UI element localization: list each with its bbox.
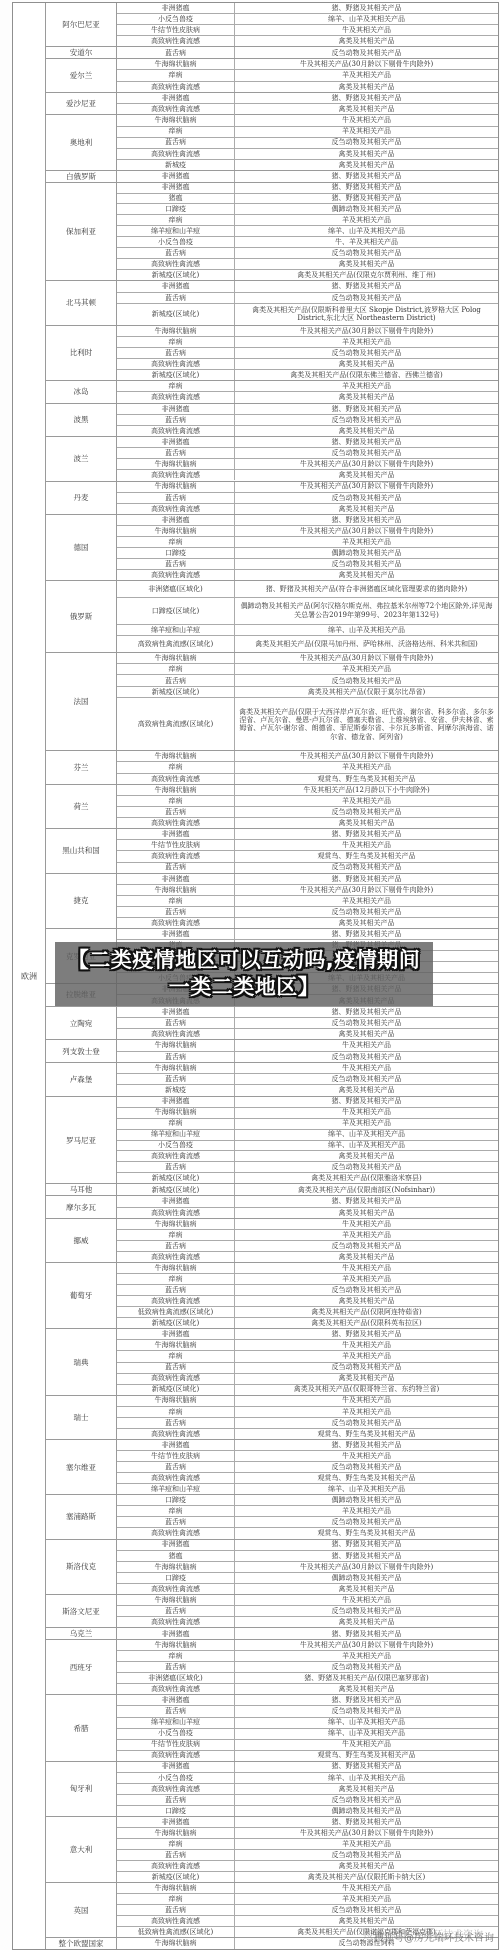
products-cell: 羊及其相关产品 xyxy=(235,1506,498,1516)
products-cell: 反刍动物及其相关产品 xyxy=(235,348,498,358)
country-cell: 德国 xyxy=(46,515,117,580)
disease-cell: 高致病性禽流感 xyxy=(117,1473,235,1483)
disease-cell: 痒病 xyxy=(117,1839,235,1849)
country-block: 白俄罗斯非洲猪瘟猪、野猪及其相关产品 xyxy=(46,171,498,183)
country-cell: 卢森堡 xyxy=(46,1063,117,1096)
table-row: 高致病性禽流感禽类及其相关产品 xyxy=(117,1029,498,1039)
country-cell: 匈牙利 xyxy=(46,1762,117,1816)
country-cell: 荷兰 xyxy=(46,785,117,828)
country-rows: 非洲猪瘟猪、野猪及其相关产品蓝舌病反刍动物及其相关产品绵羊痘和山羊痘绵羊、山羊及… xyxy=(117,1695,498,1760)
country-block: 比利时牛海绵状脑病牛及其相关产品(30月龄以下剔骨牛肉除外)痒病羊及其相关产品蓝… xyxy=(46,326,498,381)
country-cell: 爱沙尼亚 xyxy=(46,93,117,115)
country-rows: 非洲猪瘟猪、野猪及其相关产品高致病性禽流感禽类及其相关产品 xyxy=(117,1196,498,1218)
products-cell: 猪、野猪及其相关产品(仅限巴塞罗那省) xyxy=(235,1673,498,1683)
disease-cell: 牛海绵状脑病 xyxy=(117,115,235,125)
country-rows: 非洲猪瘟猪、野猪及其相关产品牛海绵状脑病牛及其相关产品(30月龄以下剔骨牛肉除外… xyxy=(117,515,498,580)
table-row: 蓝舌病反刍动物及其相关产品 xyxy=(117,293,498,304)
products-cell: 禽类及其相关产品 xyxy=(235,1861,498,1871)
country-block: 瑞士牛海绵状脑病牛及其相关产品痒病羊及其相关产品蓝舌病反刍动物及其相关产品高致病… xyxy=(46,1396,498,1440)
table-row: 痒病羊及其相关产品 xyxy=(117,70,498,81)
country-cell: 马耳他 xyxy=(46,1184,117,1195)
products-cell: 羊及其相关产品 xyxy=(235,337,498,347)
country-cell: 比利时 xyxy=(46,326,117,380)
disease-cell: 新城疫(区域化) xyxy=(117,687,235,697)
disease-cell: 痒病 xyxy=(117,896,235,906)
disease-cell: 牛海绵状脑病 xyxy=(117,1108,235,1118)
disease-cell: 蓝舌病 xyxy=(117,1363,235,1373)
table-row: 新城疫(区域化)禽类及其相关产品(仅限雅洛米察县) xyxy=(117,1173,498,1183)
disease-cell: 痒病 xyxy=(117,337,235,347)
country-block: 阿尔巴尼亚非洲猪瘟猪、野猪及其相关产品小反刍兽疫绵羊、山羊及其相关产品牛结节性皮… xyxy=(46,3,498,47)
products-cell: 牛及其相关产品(30月龄以下剔骨牛肉除外) xyxy=(235,482,498,492)
table-row: 蓝舌病反刍动物及其相关产品 xyxy=(117,1363,498,1374)
disease-cell: 蓝舌病 xyxy=(117,1241,235,1251)
products-cell: 禽类及其相关产品 xyxy=(235,104,498,114)
country-block: 保加利亚非洲猪瘟猪、野猪及其相关产品猪瘟猪、野猪及其相关产品口蹄疫偶蹄动物及其相… xyxy=(46,183,498,282)
products-cell: 反刍动物及其相关产品 xyxy=(235,807,498,817)
disease-cell: 高致病性禽流感 xyxy=(117,570,235,580)
products-cell: 绵羊、山羊及其相关产品 xyxy=(235,1773,498,1783)
disease-cell: 痒病 xyxy=(117,1407,235,1417)
table-row: 绵羊痘和山羊痘绵羊、山羊及其相关产品 xyxy=(117,1484,498,1494)
disease-cell: 牛海绵状脑病 xyxy=(117,751,235,761)
disease-cell: 猪瘟 xyxy=(117,194,235,204)
country-cell: 北马其顿 xyxy=(46,281,117,324)
table-row: 非洲猪瘟猪、野猪及其相关产品 xyxy=(117,1762,498,1773)
table-row: 牛海绵状脑病牛及其相关产品 xyxy=(117,1040,498,1051)
table-row: 小反刍兽疫绵羊、山羊及其相关产品 xyxy=(117,1141,498,1152)
table-row: 小反刍兽疫绵羊、山羊及其相关产品 xyxy=(117,1773,498,1784)
country-block: 卢森堡牛海绵状脑病牛及其相关产品蓝舌病反刍动物及其相关产品新城疫禽类及其相关产品 xyxy=(46,1063,498,1097)
disease-cell: 非洲猪瘟 xyxy=(117,1817,235,1827)
disease-cell: 牛海绵状脑病 xyxy=(117,1883,235,1893)
disease-cell: 新城疫 xyxy=(117,160,235,170)
table-row: 绵羊痘和山羊痘绵羊、山羊及其相关产品 xyxy=(117,1130,498,1141)
disease-cell: 牛海绵状脑病 xyxy=(117,1562,235,1572)
products-cell: 绵羊、山羊及其相关产品 xyxy=(235,1130,498,1140)
disease-cell: 高致病性禽流感 xyxy=(117,1208,235,1218)
disease-cell: 牛海绵状脑病 xyxy=(117,1938,235,1949)
table-row: 牛海绵状脑病牛及其相关产品 xyxy=(117,1263,498,1274)
products-cell: 猪、野猪及其相关产品 xyxy=(235,1817,498,1827)
products-cell: 禽类及其相关产品 xyxy=(235,160,498,170)
country-cell: 意大利 xyxy=(46,1817,117,1882)
disease-cell: 痒病 xyxy=(117,796,235,806)
disease-cell: 蓝舌病 xyxy=(117,1850,235,1860)
country-rows: 非洲猪瘟猪、野猪及其相关产品猪瘟猪、野猪及其相关产品牛海绵状脑病牛及其相关产品(… xyxy=(117,1540,498,1594)
table-row: 高致病性禽流感观赏鸟、野生鸟类及其相关产品 xyxy=(117,1473,498,1484)
table-row: 高致病性禽流感禽类及其相关产品 xyxy=(117,359,498,370)
table-row: 蓝舌病反刍动物及其相关产品 xyxy=(117,493,498,504)
country-block: 北马其顿非洲猪瘟猪、野猪及其相关产品蓝舌病反刍动物及其相关产品新城疫(区域化)禽… xyxy=(46,281,498,325)
disease-cell: 新城疫(区域化) xyxy=(117,270,235,280)
country-cell: 安道尔 xyxy=(46,47,117,58)
country-rows: 非洲猪瘟猪、野猪及其相关产品蓝舌病反刍动物及其相关产品高致病性禽流感禽类及其相关… xyxy=(117,404,498,437)
table-row: 蓝舌病反刍动物及其相关产品 xyxy=(117,1285,498,1296)
country-rows: 非洲猪瘟(区域化)猪、野猪及其相关产品(符合非洲猪瘟区域化管理要求的猪肉除外)口… xyxy=(117,581,498,652)
disease-cell: 高致病性禽流感 xyxy=(117,259,235,269)
table-row: 高致病性禽流感禽类及其相关产品 xyxy=(117,1252,498,1262)
disease-cell: 新城疫(区域化) xyxy=(117,1173,235,1183)
country-cell: 西班牙 xyxy=(46,1640,117,1694)
table-row: 牛海绵状脑病牛及其相关产品(30月龄以下剔骨牛肉除外) xyxy=(117,885,498,896)
table-row: 小反刍兽疫绵羊、山羊及其相关产品 xyxy=(117,14,498,25)
country-cell: 英国 xyxy=(46,1883,117,1937)
products-cell: 禽类及其相关产品 xyxy=(235,1684,498,1694)
table-row: 新城疫(区域化)禽类及其相关产品(仅限于莫尔比昂省) xyxy=(117,687,498,698)
products-cell: 观赏鸟、野生鸟类及其相关产品 xyxy=(235,1528,498,1538)
disease-cell: 高致病性禽流感(区域化) xyxy=(117,636,235,652)
products-cell: 禽类及其相关产品 xyxy=(235,359,498,369)
disease-cell: 高致病性禽流感 xyxy=(117,470,235,480)
products-cell: 羊及其相关产品 xyxy=(235,381,498,391)
products-cell: 反刍动物及其相关产品 xyxy=(235,559,498,569)
table-row: 牛海绵状脑病牛及其相关产品(30月龄以下剔骨牛肉除外) xyxy=(117,1562,498,1573)
table-row: 猪瘟猪、野猪及其相关产品 xyxy=(117,194,498,205)
disease-cell: 痒病 xyxy=(117,1119,235,1129)
products-cell: 牛及其相关产品 xyxy=(235,1040,498,1050)
disease-cell: 蓝舌病 xyxy=(117,1018,235,1028)
disease-cell: 蓝舌病 xyxy=(117,1606,235,1616)
products-cell: 反刍动物及其相关产品 xyxy=(235,47,498,58)
country-rows: 非洲猪瘟猪、野猪及其相关产品蓝舌病反刍动物及其相关产品新城疫(区域化)禽类及其相… xyxy=(117,281,498,324)
table-row: 痒病羊及其相关产品 xyxy=(117,664,498,675)
disease-cell: 蓝舌病 xyxy=(117,559,235,569)
table-row: 蓝舌病反刍动物及其相关产品 xyxy=(117,448,498,459)
table-row: 牛海绵状脑病牛及其相关产品(12月龄以下小牛肉除外) xyxy=(117,785,498,796)
disease-cell: 口蹄疫 xyxy=(117,204,235,214)
country-rows: 牛海绵状脑病牛及其相关产品(30月龄以下剔骨牛肉除外)痒病羊及其相关产品蓝舌病反… xyxy=(117,1640,498,1694)
products-cell: 绵羊、山羊及其相关产品 xyxy=(235,14,498,24)
table-row: 口蹄疫(区域化)偶蹄动物及其相关产品(阿尔汉格尔斯克州、弗拉基米尔州等72个地区… xyxy=(117,598,498,625)
disease-cell: 牛海绵状脑病 xyxy=(117,1040,235,1050)
country-rows: 非洲猪瘟猪、野猪及其相关产品牛结节性皮肤病牛及其相关产品高致病性禽流感观赏鸟、野… xyxy=(117,829,498,872)
disease-cell: 高致病性禽流感 xyxy=(117,82,235,92)
products-cell: 羊及其相关产品 xyxy=(235,1230,498,1240)
table-row: 高致病性禽流感观赏鸟、野生鸟类及其相关产品 xyxy=(117,1429,498,1439)
disease-cell: 痒病 xyxy=(117,762,235,772)
table-row: 新城疫(区域化)禽类及其相关产品(仅限斯科普里大区 Skopje Distric… xyxy=(117,304,498,325)
products-cell: 猪、野猪及其相关产品 xyxy=(235,183,498,193)
disease-cell: 高致病性禽流感 xyxy=(117,1584,235,1594)
products-cell: 绵羊、山羊及其相关产品 xyxy=(235,1141,498,1151)
table-row: 高致病性禽流感禽类及其相关产品 xyxy=(117,1861,498,1872)
table-row: 绵羊痘和山羊痘绵羊、山羊及其相关产品 xyxy=(117,1718,498,1729)
products-cell: 反刍动物及其相关产品 xyxy=(235,1018,498,1028)
products-cell: 禽类及其相关产品 xyxy=(235,1151,498,1161)
country-cell: 摩尔多瓦 xyxy=(46,1196,117,1218)
table-row: 非洲猪瘟猪、野猪及其相关产品 xyxy=(117,929,498,940)
table-row: 蓝舌病反刍动物及其相关产品 xyxy=(117,559,498,570)
products-cell: 偶蹄动物及其相关产品 xyxy=(235,1495,498,1505)
products-cell: 牛及其相关产品(30月龄以下剔骨牛肉除外) xyxy=(235,1562,498,1572)
disease-cell: 非洲猪瘟 xyxy=(117,1540,235,1550)
products-cell: 反刍动物及其相关产品 xyxy=(235,1285,498,1295)
table-row: 绵羊痘和山羊痘绵羊、山羊及其相关产品 xyxy=(117,226,498,237)
products-cell: 牛及其相关产品(30月龄以下剔骨牛肉除外) xyxy=(235,751,498,761)
products-cell: 猪、野猪及其相关产品 xyxy=(235,93,498,103)
products-cell: 绵羊、山羊及其相关产品 xyxy=(235,226,498,236)
disease-cell: 蓝舌病 xyxy=(117,493,235,503)
products-cell: 猪、野猪及其相关产品 xyxy=(235,1551,498,1561)
table-row: 高致病性禽流感禽类及其相关产品 xyxy=(117,1151,498,1162)
products-cell: 猪、野猪及其相关产品 xyxy=(235,1196,498,1206)
products-cell: 观赏鸟、野生鸟类及其相关产品 xyxy=(235,1751,498,1761)
products-cell: 羊及其相关产品 xyxy=(235,215,498,225)
country-block: 斯洛伐克非洲猪瘟猪、野猪及其相关产品猪瘟猪、野猪及其相关产品牛海绵状脑病牛及其相… xyxy=(46,1540,498,1595)
table-row: 蓝舌病反刍动物及其相关产品 xyxy=(117,1418,498,1429)
table-row: 蓝舌病反刍动物及其相关产品 xyxy=(117,415,498,426)
country-rows: 非洲猪瘟猪、野猪及其相关产品猪瘟猪、野猪及其相关产品口蹄疫偶蹄动物及其相关产品痒… xyxy=(117,183,498,281)
table-row: 非洲猪瘟猪、野猪及其相关产品 xyxy=(117,874,498,885)
continent-cell: 欧洲 xyxy=(13,3,46,1949)
country-rows: 牛海绵状脑病牛及其相关产品蓝舌病反刍动物及其相关产品 xyxy=(117,1040,498,1062)
table-row: 高致病性禽流感禽类及其相关产品 xyxy=(117,392,498,402)
disease-cell: 高致病性禽流感(区域化) xyxy=(117,698,235,750)
country-block: 芬兰牛海绵状脑病牛及其相关产品(30月龄以下剔骨牛肉除外)痒病羊及其相关产品高致… xyxy=(46,751,498,785)
table-row: 痒病羊及其相关产品 xyxy=(117,1407,498,1418)
disease-cell: 高致病性禽流感 xyxy=(117,1916,235,1926)
products-cell: 禽类及其相关产品(仅限科英布拉区) xyxy=(235,1318,498,1328)
disease-cell: 蓝舌病 xyxy=(117,863,235,873)
disease-cell: 痒病 xyxy=(117,664,235,674)
disease-cell: 蓝舌病 xyxy=(117,1905,235,1915)
table-row: 非洲猪瘟猪、野猪及其相关产品 xyxy=(117,1540,498,1551)
country-cell: 奥地利 xyxy=(46,115,117,169)
table-row: 高致病性禽流感观赏鸟、野生鸟类及其相关产品 xyxy=(117,851,498,862)
products-cell: 牛及其相关产品(30月龄以下剔骨牛肉除外) xyxy=(235,653,498,663)
country-cell: 瑞士 xyxy=(46,1396,117,1439)
products-cell: 牛及其相关产品 xyxy=(235,1451,498,1461)
products-cell: 禽类及其相关产品(仅限雅洛米察县) xyxy=(235,1173,498,1183)
products-cell: 牛及其相关产品(30月龄以下剔骨牛肉除外) xyxy=(235,526,498,536)
table-row: 痒病羊及其相关产品 xyxy=(117,796,498,807)
disease-cell: 非洲猪瘟 xyxy=(117,183,235,193)
country-cell: 捷克 xyxy=(46,874,117,928)
disease-cell: 绵羊痘和山羊痘 xyxy=(117,1484,235,1494)
table-row: 非洲猪瘟猪、野猪及其相关产品 xyxy=(117,3,498,14)
country-rows: 非洲猪瘟猪、野猪及其相关产品小反刍兽疫绵羊、山羊及其相关产品牛结节性皮肤病牛及其… xyxy=(117,3,498,46)
table-row: 非洲猪瘟猪、野猪及其相关产品 xyxy=(117,1007,498,1018)
products-cell: 禽类及其相关产品(仅限南部区(Nofsinhar)) xyxy=(235,1184,498,1195)
products-cell: 反刍动物及其相关产品 xyxy=(235,448,498,458)
products-cell: 猪、野猪及其相关产品 xyxy=(235,1628,498,1639)
disease-cell: 非洲猪瘟 xyxy=(117,1196,235,1206)
products-cell: 禽类及其相关产品 xyxy=(235,392,498,402)
country-rows: 蓝舌病反刍动物及其相关产品 xyxy=(117,47,498,58)
table-row: 高致病性禽流感禽类及其相关产品 xyxy=(117,470,498,480)
disease-cell: 非洲猪瘟 xyxy=(117,515,235,525)
country-rows: 牛海绵状脑病牛及其相关产品痒病羊及其相关产品蓝舌病反刍动物及其相关产品高致病性禽… xyxy=(117,1263,498,1328)
table-row: 蓝舌病反刍动物及其相关产品 xyxy=(117,1052,498,1062)
table-row: 痒病羊及其相关产品 xyxy=(117,1274,498,1285)
products-cell: 反刍动物及其相关产品 xyxy=(235,1162,498,1172)
disease-cell: 牛海绵状脑病 xyxy=(117,459,235,469)
country-block: 爱沙尼亚非洲猪瘟猪、野猪及其相关产品高致病性禽流感禽类及其相关产品 xyxy=(46,93,498,116)
country-block: 葡萄牙牛海绵状脑病牛及其相关产品痒病羊及其相关产品蓝舌病反刍动物及其相关产品高致… xyxy=(46,1263,498,1329)
disease-cell: 新城疫(区域化) xyxy=(117,304,235,325)
products-cell: 牛及其相关产品(30月龄以下剔骨牛肉除外) xyxy=(235,885,498,895)
disease-cell: 小反刍兽疫 xyxy=(117,1141,235,1151)
table-row: 高致病性禽流感(区域化)禽类及其相关产品(仅限马加丹州、萨哈林州、沃洛格达州、科… xyxy=(117,636,498,652)
products-cell: 禽类及其相关产品(仅限哥特兰省、东约特兰省) xyxy=(235,1385,498,1395)
table-row: 非洲猪瘟猪、野猪及其相关产品 xyxy=(117,404,498,415)
disease-cell: 高致病性禽流感 xyxy=(117,918,235,928)
table-row: 牛结节性皮肤病牛及其相关产品 xyxy=(117,1740,498,1751)
products-cell: 反刍动物及其相关产品 xyxy=(235,1363,498,1373)
table-row: 蓝舌病反刍动物及其相关产品 xyxy=(117,248,498,259)
products-cell: 牛及其相关产品(30月龄以下剔骨牛肉除外) xyxy=(235,459,498,469)
table-row: 非洲猪瘟猪、野猪及其相关产品 xyxy=(117,1695,498,1706)
products-cell: 反刍动物及其相关产品 xyxy=(235,907,498,917)
disease-cell: 小反刍兽疫 xyxy=(117,14,235,24)
disease-cell: 痒病 xyxy=(117,537,235,547)
products-cell: 禽类及其相关产品 xyxy=(235,1916,498,1926)
disease-cell: 绵羊痘和山羊痘 xyxy=(117,625,235,635)
disease-cell: 高致病性禽流感 xyxy=(117,1374,235,1384)
disease-cell: 非洲猪瘟 xyxy=(117,929,235,939)
products-cell: 牛及其相关产品(30月龄以下剔骨牛肉除外) xyxy=(235,1828,498,1838)
table-row: 蓝舌病反刍动物及其相关产品 xyxy=(117,1706,498,1717)
disease-cell: 蓝舌病 xyxy=(117,1418,235,1428)
table-row: 蓝舌病反刍动物及其相关产品 xyxy=(117,1606,498,1617)
country-rows: 牛海绵状脑病牛及其相关产品(12月龄以下小牛肉除外)痒病羊及其相关产品蓝舌病反刍… xyxy=(117,785,498,828)
disease-cell: 痒病 xyxy=(117,1274,235,1284)
disease-cell: 非洲猪瘟 xyxy=(117,1440,235,1450)
country-rows: 牛海绵状脑病牛及其相关产品(30月龄以下剔骨牛肉除外)蓝舌病反刍动物及其相关产品… xyxy=(117,482,498,515)
table-row: 牛海绵状脑病牛及其相关产品 xyxy=(117,115,498,126)
products-cell: 禽类及其相关产品 xyxy=(235,570,498,580)
disease-cell: 高致病性禽流感 xyxy=(117,1751,235,1761)
products-cell: 禽类及其相关产品(仅限于莫尔比昂省) xyxy=(235,687,498,697)
country-block: 荷兰牛海绵状脑病牛及其相关产品(12月龄以下小牛肉除外)痒病羊及其相关产品蓝舌病… xyxy=(46,785,498,829)
disease-cell: 高致病性禽流感 xyxy=(117,104,235,114)
country-cell: 爱尔兰 xyxy=(46,59,117,92)
disease-cell: 牛海绵状脑病 xyxy=(117,653,235,663)
country-block: 挪威牛海绵状脑病牛及其相关产品痒病羊及其相关产品蓝舌病反刍动物及其相关产品高致病… xyxy=(46,1219,498,1263)
products-cell: 反刍动物及其相关产品 xyxy=(235,1850,498,1860)
table-row: 高致病性禽流感禽类及其相关产品 xyxy=(117,504,498,514)
products-cell: 反刍动物及其相关产品 xyxy=(235,1517,498,1527)
table-row: 蓝舌病反刍动物及其相关产品 xyxy=(117,348,498,359)
products-cell: 绵羊、山羊及其相关产品 xyxy=(235,1718,498,1728)
table-row: 蓝舌病反刍动物及其相关产品 xyxy=(117,1018,498,1029)
country-cell: 斯洛伐克 xyxy=(46,1540,117,1594)
country-rows: 牛海绵状脑病牛及其相关产品蓝舌病反刍动物及其相关产品高致病性禽流感禽类及其相关产… xyxy=(117,1595,498,1628)
table-row: 牛海绵状脑病牛及其相关产品 xyxy=(117,1883,498,1894)
disease-cell: 牛结节性皮肤病 xyxy=(117,1740,235,1750)
disease-cell: 牛海绵状脑病 xyxy=(117,526,235,536)
table-row: 非洲猪瘟猪、野猪及其相关产品 xyxy=(117,1817,498,1828)
disease-cell: 小反刍兽疫 xyxy=(117,1729,235,1739)
table-row: 痒病羊及其相关产品 xyxy=(117,1351,498,1362)
products-cell: 禽类及其相关产品 xyxy=(235,470,498,480)
table-row: 蓝舌病反刍动物及其相关产品 xyxy=(117,1462,498,1473)
disease-cell: 蓝舌病 xyxy=(117,448,235,458)
table-row: 痒病羊及其相关产品 xyxy=(117,1230,498,1241)
disease-cell: 小反刍兽疫 xyxy=(117,1773,235,1783)
country-rows: 牛海绵状脑病牛及其相关产品(30月龄以下剔骨牛肉除外)痒病羊及其相关产品蓝舌病反… xyxy=(117,326,498,380)
products-cell: 禽类及其相关产品 xyxy=(235,1208,498,1218)
disease-cell: 痒病 xyxy=(117,1894,235,1904)
table-row: 痒病羊及其相关产品 xyxy=(117,381,498,392)
products-cell: 牛及其相关产品 xyxy=(235,1883,498,1893)
disease-cell: 高致病性禽流感 xyxy=(117,1151,235,1161)
country-rows: 非洲猪瘟猪、野猪及其相关产品 xyxy=(117,171,498,182)
products-cell: 羊及其相关产品 xyxy=(235,1651,498,1661)
disease-cell: 高致病性禽流感 xyxy=(117,1617,235,1627)
products-cell: 偶蹄动物及其相关产品 xyxy=(235,548,498,558)
country-block: 德国非洲猪瘟猪、野猪及其相关产品牛海绵状脑病牛及其相关产品(30月龄以下剔骨牛肉… xyxy=(46,515,498,581)
disease-cell: 非洲猪瘟 xyxy=(117,1097,235,1107)
disease-cell: 蓝舌病 xyxy=(117,1662,235,1672)
disease-cell: 牛海绵状脑病 xyxy=(117,1340,235,1350)
table-row: 牛海绵状脑病牛及其相关产品 xyxy=(117,1595,498,1606)
products-cell: 禽类及其相关产品 xyxy=(235,149,498,159)
country-rows: 牛海绵状脑病牛及其相关产品痒病羊及其相关产品蓝舌病反刍动物及其相关产品高致病性禽… xyxy=(117,1219,498,1262)
continent-label: 欧洲 xyxy=(21,971,37,982)
disease-cell: 牛海绵状脑病 xyxy=(117,1396,235,1406)
table-row: 猪瘟猪、野猪及其相关产品 xyxy=(117,1551,498,1562)
disease-cell: 蓝舌病 xyxy=(117,293,235,303)
table-row: 蓝舌病反刍动物及其相关产品 xyxy=(117,1074,498,1085)
table-row: 非洲猪瘟猪、野猪及其相关产品 xyxy=(117,1440,498,1451)
products-cell: 牛及其相关产品 xyxy=(235,1063,498,1073)
country-rows: 牛海绵状脑病牛及其相关产品痒病羊及其相关产品蓝舌病反刍动物及其相关产品高致病性禽… xyxy=(117,1396,498,1439)
products-cell: 牛及其相关产品 xyxy=(235,1263,498,1273)
products-cell: 反刍动物及其相关产品 xyxy=(235,1241,498,1251)
disease-cell: 非洲猪瘟 xyxy=(117,93,235,103)
disease-cell: 痒病 xyxy=(117,1230,235,1240)
products-cell: 反刍动物及其相关产品 xyxy=(235,1462,498,1472)
disease-cell: 高致病性禽流感 xyxy=(117,392,235,402)
overlay-title-banner: 【二类疫情地区可以互动吗,疫情期间 一类二类地区】 xyxy=(55,942,433,1006)
disease-cell: 牛海绵状脑病 xyxy=(117,1828,235,1838)
products-cell: 反刍动物及其相关产品 xyxy=(235,1052,498,1062)
country-block: 塞尔维亚非洲猪瘟猪、野猪及其相关产品牛结节性皮肤病牛及其相关产品蓝舌病反刍动物及… xyxy=(46,1440,498,1495)
table-row: 非洲猪瘟猪、野猪及其相关产品 xyxy=(117,829,498,840)
country-rows: 非洲猪瘟猪、野猪及其相关产品高致病性禽流感禽类及其相关产品 xyxy=(117,93,498,115)
country-rows: 痒病羊及其相关产品高致病性禽流感禽类及其相关产品 xyxy=(117,381,498,403)
products-cell: 禽类及其相关产品 xyxy=(235,259,498,269)
country-rows: 非洲猪瘟猪、野猪及其相关产品牛海绵状脑病牛及其相关产品(30月龄以下剔骨牛肉除外… xyxy=(117,1817,498,1882)
country-block: 冰岛痒病羊及其相关产品高致病性禽流感禽类及其相关产品 xyxy=(46,381,498,404)
disease-cell: 蓝舌病 xyxy=(117,1074,235,1084)
table-row: 牛海绵状脑病牛及其相关产品(30月龄以下剔骨牛肉除外) xyxy=(117,59,498,70)
country-block: 黑山共和国非洲猪瘟猪、野猪及其相关产品牛结节性皮肤病牛及其相关产品高致病性禽流感… xyxy=(46,829,498,873)
products-cell: 牛及其相关产品 xyxy=(235,1740,498,1750)
disease-cell: 痒病 xyxy=(117,1351,235,1361)
products-cell: 禽类及其相关产品(仅限克尔贾利州、维丁州) xyxy=(235,270,498,280)
table-row: 低致病性禽流感(区域化)禽类及其相关产品(仅限阿连特茹省) xyxy=(117,1307,498,1318)
products-cell: 羊及其相关产品 xyxy=(235,537,498,547)
country-block: 马耳他新城疫(区域化)禽类及其相关产品(仅限南部区(Nofsinhar)) xyxy=(46,1184,498,1196)
disease-cell: 口蹄疫 xyxy=(117,1573,235,1583)
products-cell: 猪、野猪及其相关产品 xyxy=(235,194,498,204)
products-cell: 羊及其相关产品 xyxy=(235,127,498,137)
products-cell: 牛及其相关产品(12月龄以下小牛肉除外) xyxy=(235,785,498,795)
table-row: 蓝舌病反刍动物及其相关产品 xyxy=(117,1662,498,1673)
disease-cell: 高致病性禽流感 xyxy=(117,426,235,436)
disease-cell: 痒病 xyxy=(117,1506,235,1516)
disease-cell: 蓝舌病 xyxy=(117,1462,235,1472)
table-row: 蓝舌病反刍动物及其相关产品 xyxy=(117,1241,498,1252)
country-rows: 牛海绵状脑病牛及其相关产品痒病羊及其相关产品蓝舌病反刍动物及其相关产品高致病性禽… xyxy=(117,115,498,169)
disease-cell: 蓝舌病 xyxy=(117,1706,235,1716)
products-cell: 羊及其相关产品 xyxy=(235,1839,498,1849)
country-block: 摩尔多瓦非洲猪瘟猪、野猪及其相关产品高致病性禽流感禽类及其相关产品 xyxy=(46,1196,498,1219)
country-block: 匈牙利非洲猪瘟猪、野猪及其相关产品小反刍兽疫绵羊、山羊及其相关产品高致病性禽流感… xyxy=(46,1762,498,1817)
